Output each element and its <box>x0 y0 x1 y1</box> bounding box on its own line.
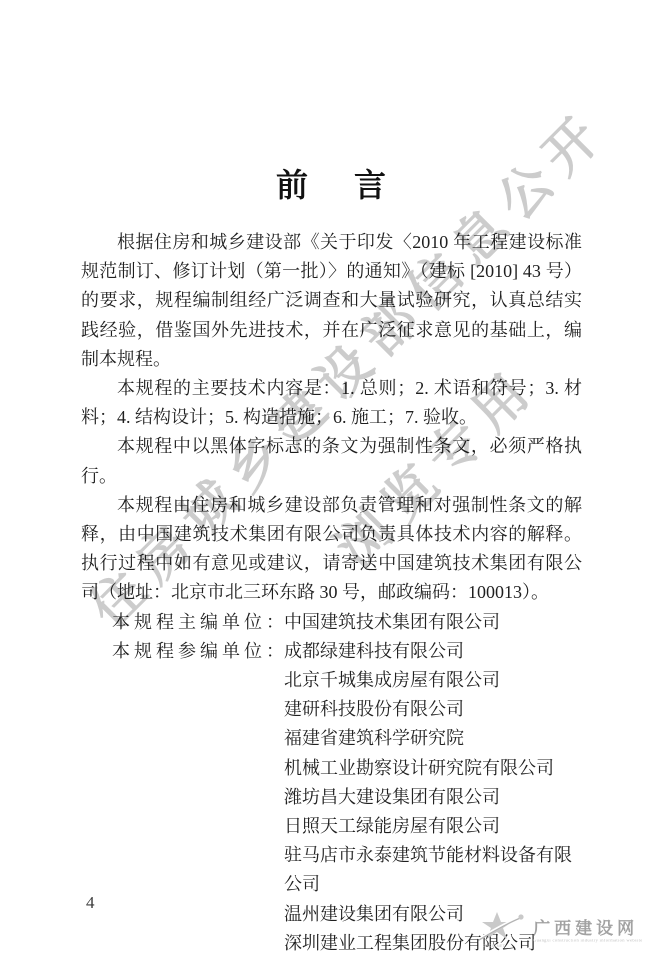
co-editor-unit: 福建省建筑科学研究院 <box>284 724 582 753</box>
co-editor-unit: 驻马店市永泰建筑节能材料设备有限公司 <box>284 841 582 899</box>
co-editor-unit: 成都绿建科技有限公司 <box>284 637 582 666</box>
svg-text:GXCIC.NET: GXCIC.NET <box>483 943 505 948</box>
logo-tagline: Guangxi construction industry informatio… <box>533 939 643 944</box>
site-logo: GXCIC.NET 广西建设网 Guangxi construction ind… <box>477 908 655 950</box>
co-editor-unit: 建研科技股份有限公司 <box>284 695 582 724</box>
paragraph: 本规程中以黑体字标志的条文为强制性条文，必须严格执行。 <box>81 432 582 490</box>
co-editor-unit: 北京千城集成房屋有限公司 <box>284 666 582 695</box>
page-title: 前言 <box>81 160 581 206</box>
chief-editor-row: 本规程主编单位： 中国建筑技术集团有限公司 <box>112 608 582 637</box>
page-number: 4 <box>86 893 95 913</box>
document-page: 住房城乡建设部信息公开 浏览专用 前言 根据住房和城乡建设部《关于印发〈2010… <box>0 0 661 958</box>
paragraph: 本规程的主要技术内容是：1. 总则；2. 术语和符号；3. 材料；4. 结构设计… <box>81 374 582 432</box>
co-editor-unit: 机械工业勘察设计研究院有限公司 <box>284 754 582 783</box>
paragraph-list: 根据住房和城乡建设部《关于印发〈2010 年工程建设标准规范制订、修订计划（第一… <box>81 228 582 608</box>
chief-editor-value: 中国建筑技术集团有限公司 <box>284 608 500 637</box>
co-editor-unit: 日照天工绿能房屋有限公司 <box>284 812 582 841</box>
logo-text: 广西建设网 <box>533 914 655 939</box>
paragraph: 本规程由住房和城乡建设部负责管理和对强制性条文的解释，由中国建筑技术集团有限公司… <box>81 491 582 608</box>
document-body: 根据住房和城乡建设部《关于印发〈2010 年工程建设标准规范制订、修订计划（第一… <box>81 228 582 958</box>
star-icon: GXCIC.NET <box>477 908 529 950</box>
co-editor-label: 本规程参编单位： <box>112 637 284 666</box>
chief-editor-label: 本规程主编单位： <box>112 608 284 637</box>
paragraph: 根据住房和城乡建设部《关于印发〈2010 年工程建设标准规范制订、修订计划（第一… <box>81 228 582 374</box>
co-editor-unit: 潍坊昌大建设集团有限公司 <box>284 783 582 812</box>
